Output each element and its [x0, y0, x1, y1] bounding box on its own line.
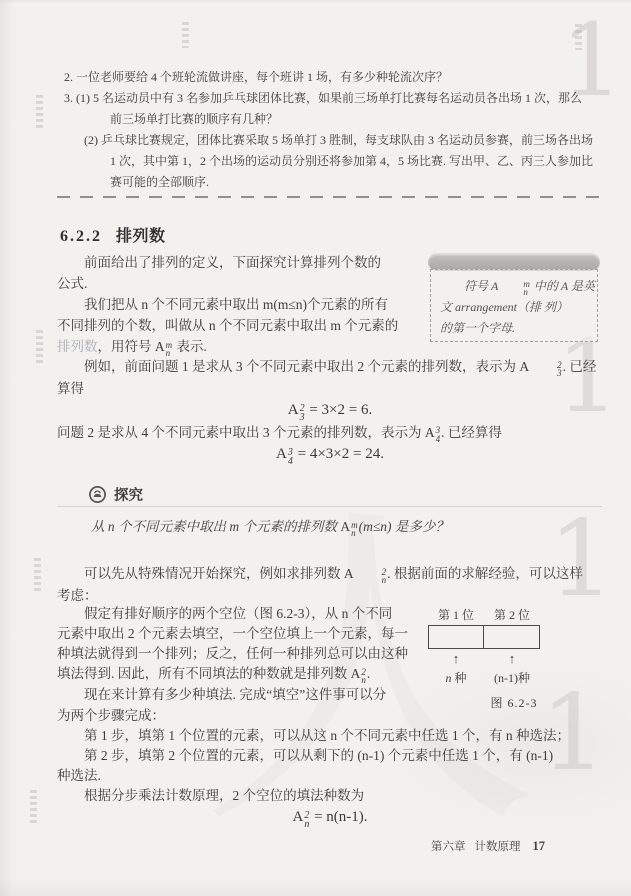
definition-term-line: 排列数，用符号 Amn 表示. — [57, 336, 432, 358]
figure-6-2-3: 第 1 位 第 2 位 ↑ ↑ n 种 (n-1)种 图 6.2-3 — [424, 606, 604, 711]
up-arrow-icon: ↑ — [428, 649, 484, 669]
textbook-page: 1 1 1 1 人 2. 一位老师要给 4 个班轮流做讲座，每个班讲 1 场，有… — [0, 0, 631, 896]
permutation-symbol: A — [351, 666, 361, 681]
assumption-paragraph: 假定有排好顺序的两个空位（图 6.2-3），从 n 个不同 元素中取出 2 个元… — [57, 604, 432, 705]
explore-rule — [57, 506, 602, 507]
footer-chapter: 第六章 — [431, 841, 466, 853]
scan-smudge — [36, 95, 43, 131]
example-paragraph: 例如，前面问题 1 是求从 3 个不同元素中取出 2 个元素的排列数，表示为 A… — [57, 356, 603, 466]
exercise-item-3-line: (2) 乒乓球比赛规定，团体比赛采取 5 场单打 3 胜制，每支球队由 3 名运… — [64, 130, 610, 151]
symbol-scripts: mn — [351, 521, 358, 538]
permutation-symbol: A — [491, 279, 498, 293]
figure-arrows: ↑ ↑ — [424, 649, 604, 669]
permutation-symbol: A — [340, 519, 350, 534]
position-1-label: 第 1 位 — [428, 606, 484, 623]
special-case-paragraph: 可以先从特殊情况开始探究，例如求排列数 A2n. 根据前面的求解经验，可以这样 … — [57, 563, 603, 606]
text-fragment: ，用符号 — [98, 339, 155, 354]
text-line: 我们把从 n 个不同元素中取出 m(m≤n)个元素的所有 — [57, 294, 432, 315]
steps-paragraph: 为两个步骤完成： 第 1 步，填第 1 个位置的元素，可以从这 n 个不同元素中… — [57, 706, 603, 806]
text-line: 种选法. — [57, 766, 603, 786]
exercise-item-3-line: 1 次，其中第 1，2 个出场的运动员分别还将参加第 4，5 场比赛. 写出甲、… — [64, 151, 610, 172]
question-line: 从 n 个不同元素中取出 m 个元素的排列数 Amn(m≤n) 是多少？ — [57, 516, 603, 538]
permutation-symbol: A — [292, 809, 303, 825]
text-fragment: 填法得到. 因此，所有不同填法的种数就是排列数 — [57, 666, 351, 681]
figure-position-labels: 第 1 位 第 2 位 — [424, 606, 604, 623]
subscript: 3 — [300, 413, 305, 422]
symbol-scripts: 23 — [530, 361, 562, 378]
text-fragment: 种 — [451, 671, 466, 685]
explore-label: 探究 — [114, 484, 143, 505]
text-line: 假定有排好顺序的两个空位（图 6.2-3），从 n 个不同 — [57, 604, 432, 624]
text-fragment: 例如，前面问题 1 是求从 3 个不同元素中取出 2 个元素的排列数，表示为 — [84, 359, 519, 374]
up-arrow-icon: ↑ — [484, 649, 540, 669]
text-line: 现在来计算有多少种填法. 完成“填空”这件事可以分 — [57, 685, 432, 705]
subscript: 4 — [288, 457, 293, 466]
explore-question: 从 n 个不同元素中取出 m 个元素的排列数 Amn(m≤n) 是多少？ — [57, 516, 603, 538]
formula-A43: A34 = 4×3×2 = 24. — [57, 443, 603, 466]
permutation-symbol: A — [155, 339, 165, 354]
exercise-item-3-line: 前三场单打比赛的顺序有几种？ — [64, 109, 610, 130]
text-fragment: . 已经 — [563, 359, 597, 374]
text-line: 第 2 步，填第 2 个位置的元素，可以从剩下的 (n-1) 个元素中任选 1 … — [57, 746, 603, 766]
text-line: 根据分步乘法计数原理，2 个空位的填法种数为 — [57, 786, 603, 806]
text-fragment: . — [367, 666, 370, 681]
explore-icon — [88, 485, 107, 504]
text-line: 第 1 步，填第 1 个位置的元素，可以从这 n 个不同元素中任选 1 个，有 … — [57, 726, 603, 746]
page-footer: 第六章计数原理17 — [57, 838, 545, 854]
formula-body: = 4×3×2 = 24. — [294, 446, 384, 462]
symbol-scripts: 34 — [288, 448, 293, 466]
text-line: 算得 — [57, 378, 603, 399]
text-fragment: 中的 A 是英 — [531, 279, 595, 293]
subscript: n — [499, 288, 530, 297]
symbol-scripts: mn — [166, 341, 173, 358]
formula-A32: A23 = 3×2 = 6. — [57, 399, 603, 422]
text-line: 元素中取出 2 个元素去填空，一个空位填上一个元素，每一 — [57, 624, 432, 644]
note-line: 文 arrangement（排 列） — [440, 297, 588, 318]
note-line: 符号 Amn 中的 A 是英 — [440, 276, 588, 297]
text-line: 种填法就得到一个排列；反之，任何一种排列总可以由这种 — [57, 644, 432, 664]
subscript: n — [304, 820, 309, 829]
subscript: n — [355, 576, 387, 585]
text-fragment: 符号 — [464, 279, 491, 293]
text-line: 填法得到. 因此，所有不同填法的种数就是排列数 A2n. — [57, 664, 432, 685]
text-line: 前面给出了排列的定义，下面探究计算排列个数的 — [57, 252, 432, 273]
scan-smudge — [575, 24, 582, 50]
margin-note: 符号 Amn 中的 A 是英 文 arrangement（排 列） 的第一个字母… — [430, 269, 598, 342]
text-line: 不同排列的个数，叫做从 n 个不同元素中取出 m 个元素的 — [57, 315, 432, 336]
text-fragment: (m≤n) 是多少？ — [359, 519, 449, 534]
slot-box-1 — [428, 625, 484, 649]
text-line: 为两个步骤完成： — [57, 706, 603, 726]
text-fragment: 从 n 个不同元素中取出 m 个元素的排列数 — [91, 519, 340, 534]
formula-An2: A2n = n(n-1). — [57, 806, 603, 829]
footer-section-title: 计数原理 — [475, 841, 521, 853]
permutation-symbol: A — [276, 446, 287, 462]
symbol-scripts: 2n — [355, 568, 387, 585]
text-fragment: 表示. — [173, 339, 207, 354]
scan-smudge — [34, 558, 41, 594]
exercise-item-3-line: 3. (1) 5 名运动员中有 3 名参加乒乓球团体比赛，如果前三场单打比赛每名… — [64, 88, 610, 109]
position-2-label: 第 2 位 — [484, 606, 540, 623]
exercise-item-2: 2. 一位老师要给 4 个班轮流做讲座，每个班讲 1 场，有多少种轮流次序？ — [64, 67, 610, 88]
explore-section-header: 探究 — [88, 484, 143, 505]
section-number: 6.2.2 — [60, 228, 102, 245]
formula-body: = n(n-1). — [310, 809, 367, 825]
scan-smudge — [30, 790, 37, 824]
text-fragment: 问题 2 是求从 4 个不同元素中取出 3 个元素的排列数，表示为 — [57, 425, 425, 440]
text-fragment: . 根据前面的求解经验，可以这样 — [387, 566, 583, 581]
exercise-list: 2. 一位老师要给 4 个班轮流做讲座，每个班讲 1 场，有多少种轮流次序？ 3… — [64, 67, 610, 193]
symbol-scripts: 23 — [300, 404, 305, 422]
note-line: 的第一个字母. — [440, 318, 588, 339]
text-fragment: . 已经算得 — [441, 425, 502, 440]
subscript: n — [361, 676, 366, 685]
section-divider — [57, 196, 602, 198]
text-fragment: 可以先从特殊情况开始探究，例如求排列数 — [84, 566, 344, 581]
symbol-scripts: 34 — [436, 426, 441, 443]
choices-1-label: n 种 — [428, 669, 484, 686]
permutation-symbol: A — [425, 425, 435, 440]
intro-paragraphs: 前面给出了排列的定义，下面探究计算排列个数的 公式. 我们把从 n 个不同元素中… — [57, 252, 432, 358]
text-line: 公式. — [57, 273, 432, 294]
symbol-scripts: 2n — [361, 668, 366, 685]
permutation-symbol: A — [288, 402, 299, 418]
text-line: 问题 2 是求从 4 个不同元素中取出 3 个元素的排列数，表示为 A34. 已… — [57, 422, 603, 444]
permutation-symbol: A — [519, 359, 529, 374]
subscript: n — [351, 529, 358, 538]
highlighted-term: 排列数 — [57, 339, 98, 354]
figure-slots — [424, 625, 604, 649]
text-line: 考虑： — [57, 585, 603, 606]
permutation-symbol: A — [344, 566, 354, 581]
symbol-scripts: mn — [499, 280, 530, 297]
choices-2-label: (n-1)种 — [484, 669, 540, 686]
text-line: 例如，前面问题 1 是求从 3 个不同元素中取出 2 个元素的排列数，表示为 A… — [57, 356, 603, 378]
page-number: 17 — [533, 839, 546, 853]
scan-smudge — [182, 22, 189, 48]
symbol-scripts: 2n — [304, 811, 309, 829]
text-line: 可以先从特殊情况开始探究，例如求排列数 A2n. 根据前面的求解经验，可以这样 — [57, 563, 603, 585]
formula-body: = 3×2 = 6. — [306, 402, 373, 418]
scan-smudge — [36, 330, 43, 364]
figure-arrow-labels: n 种 (n-1)种 — [424, 669, 604, 686]
subscript: 3 — [530, 369, 562, 378]
exercise-item-3-line: 赛可能的全部顺序. — [64, 172, 610, 193]
section-heading: 6.2.2排列数 — [60, 223, 166, 246]
section-title: 排列数 — [116, 228, 166, 245]
slot-box-2 — [484, 625, 540, 649]
subscript: 4 — [436, 435, 441, 444]
